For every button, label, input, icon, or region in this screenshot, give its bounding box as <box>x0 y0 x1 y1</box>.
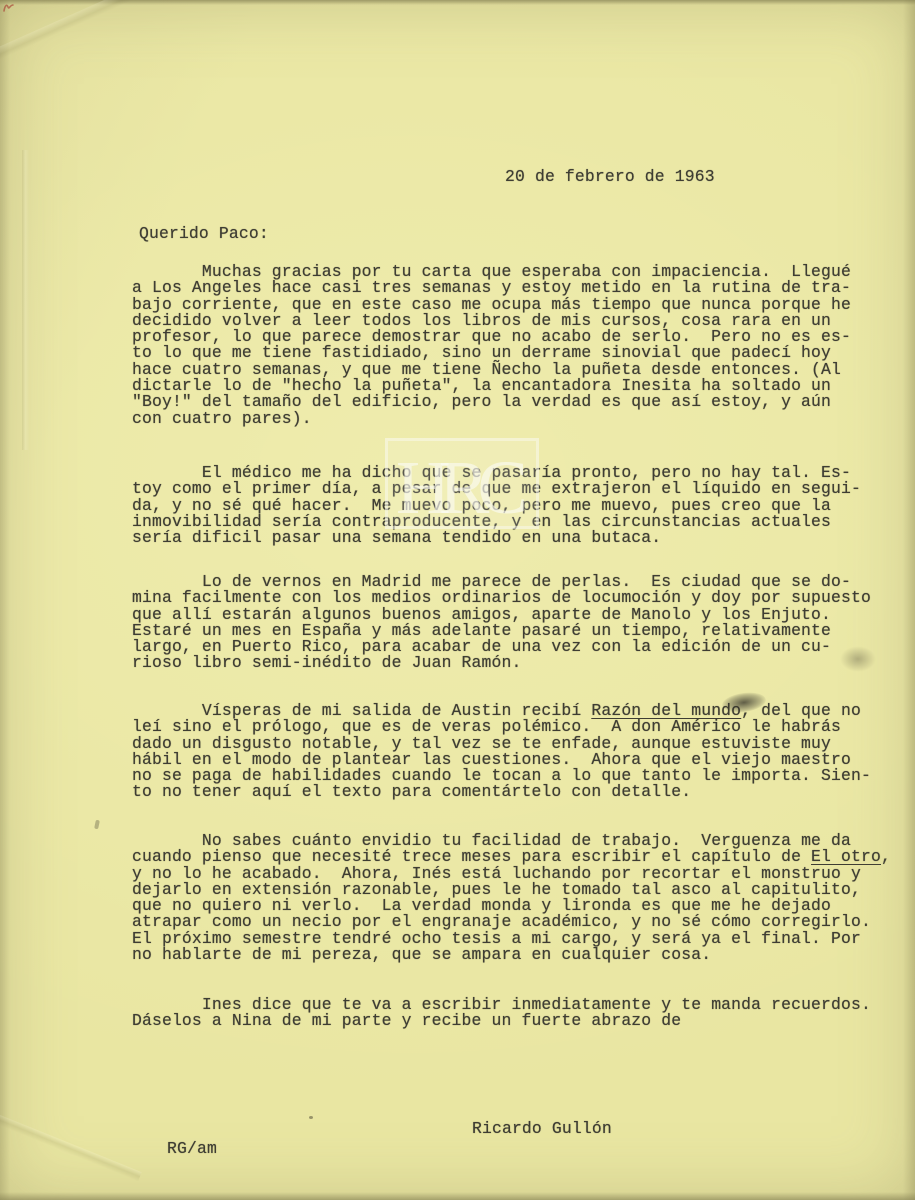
paper-edge-left <box>0 0 10 1200</box>
small-ink-dot <box>309 1116 313 1119</box>
paper-edge-bottom <box>0 1192 915 1200</box>
paragraph-6: Ines dice que te va a escribir inmediata… <box>132 997 910 1030</box>
paper-crease-bottom-left <box>0 1109 142 1182</box>
margin-mark <box>94 820 100 830</box>
letter-page: 20 de febrero de 1963 Querido Paco: Much… <box>0 0 915 1200</box>
paragraph-5-text-post: , y no lo he acabado. Ahora, Inés está l… <box>132 847 891 964</box>
paper-edge-top <box>0 0 915 5</box>
paragraph-4: Vísperas de mi salida de Austin recibí R… <box>132 703 910 801</box>
paragraph-5-text-pre: No sabes cuánto envidio tu facilidad de … <box>132 831 851 866</box>
signature-name: Ricardo Gullón <box>472 1121 612 1137</box>
letter-salutation: Querido Paco: <box>139 226 269 242</box>
typist-initials: RG/am <box>167 1141 217 1157</box>
paper-crease-top-left <box>0 0 154 68</box>
letter-date: 20 de febrero de 1963 <box>505 169 715 185</box>
red-pencil-mark <box>2 2 16 14</box>
paragraph-5: No sabes cuánto envidio tu facilidad de … <box>132 833 910 963</box>
paper-crease-left <box>22 150 29 450</box>
paragraph-2: El médico me ha dicho que se pasaría pro… <box>132 465 910 546</box>
paragraph-1: Muchas gracias por tu carta que esperaba… <box>132 264 910 427</box>
paragraph-3: Lo de vernos en Madrid me parece de perl… <box>132 574 910 672</box>
ink-smudge <box>840 646 876 672</box>
